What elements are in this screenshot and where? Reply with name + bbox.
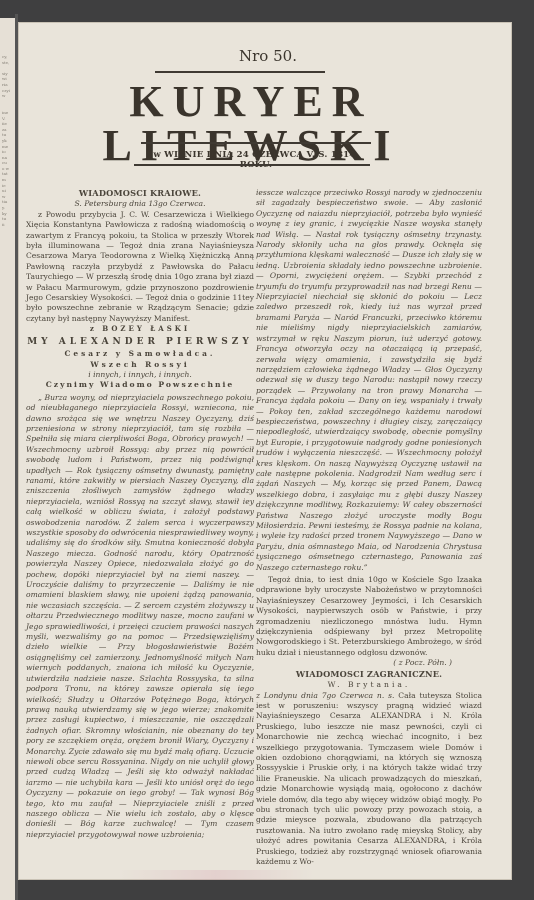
- adjacent-page-text: cy, ste, siy wi ria czyi w ine V. iie za…: [0, 18, 15, 227]
- left-column: WIADOMOSCI KRAIOWE. S. Petersburg dnia 1…: [26, 188, 254, 840]
- rule-top: [155, 71, 325, 73]
- by-gods-grace: z BOZEY ŁASKI: [26, 324, 254, 334]
- right-column: iesscze walczące przeciwko Rossyi narody…: [256, 188, 482, 867]
- adjacent-page-edge: cy, ste, siy wi ria czyi w ine V. iie za…: [0, 18, 15, 900]
- section-heading-domestic: WIADOMOSCI KRAIOWE.: [26, 188, 254, 198]
- country-heading: W. Brytania.: [256, 680, 482, 690]
- emperor-style-2: Wszech Rossyi: [26, 360, 254, 370]
- section-heading-foreign: WIADOMOSCI ZAGRANICZNE.: [256, 669, 482, 679]
- dateline-london: z Londynu dnia 7go Czerwca n. s.: [256, 691, 394, 700]
- manifesto-announcement: Czynimy Wiadomo Powszechnie: [26, 380, 254, 390]
- rule-above-dateline: [141, 142, 371, 144]
- issue-dateline: w WILNIE DNIA 24 CZERWCA V. S. 1814. ROK…: [136, 150, 376, 170]
- paper-stain: [18, 870, 512, 880]
- emperor-style-3: i innych, i innych, i innych.: [26, 370, 254, 380]
- rule-below-dateline: [134, 164, 370, 166]
- emperor-name: MY ALEXANDER PIERWSZY: [26, 337, 254, 347]
- manifesto-text: „ Burza woyny, od nieprzyiaciela powszec…: [26, 393, 254, 840]
- paragraph-london: Cała tuteysza Stolica iest w poruszeniu:…: [256, 691, 482, 867]
- issue-number: Nro 50.: [218, 47, 318, 65]
- dateline-petersburg: S. Petersburg dnia 13go Czerwca.: [26, 199, 254, 209]
- source-attribution: ( z Pocz. Półn. ): [256, 658, 482, 668]
- paragraph-church-service: Tegoż dnia, to iest dnia 10go w Kościele…: [256, 575, 482, 658]
- emperor-style-1: Cesarz y Samowładca.: [26, 349, 254, 359]
- newspaper-page: Nro 50. KURYER LITEWSKI w WILNIE DNIA 24…: [18, 22, 512, 880]
- paragraph-petersburg: z Powodu przybycia J. C. W. Cesarzewicza…: [26, 210, 254, 324]
- manifesto-continuation: iesscze walczące przeciwko Rossyi narody…: [256, 188, 482, 573]
